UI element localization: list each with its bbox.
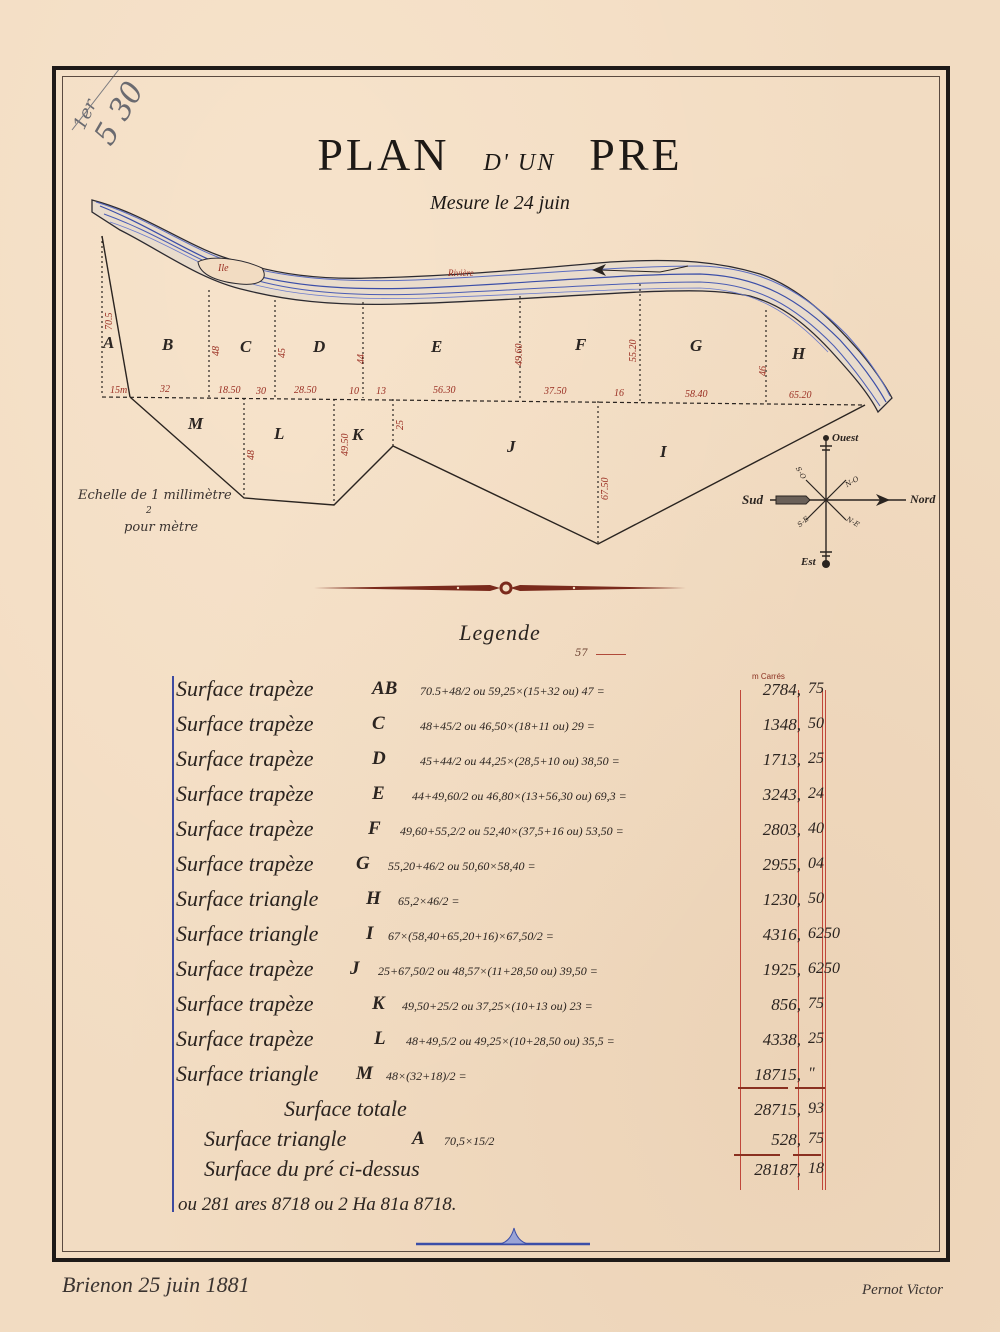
legend-row: Surface trapèze C 48+45/2 ou 46,50×(18+1…: [176, 711, 856, 745]
row-letter: M: [356, 1063, 373, 1085]
dim-30: 30: [256, 386, 266, 397]
dim-offset-s-49-50: 49.50: [340, 434, 351, 457]
legend-row: Surface trapèze D 45+44/2 ou 44,25×(28,5…: [176, 746, 856, 780]
row-formula: 48+49,5/2 ou 49,25×(10+28,50 ou) 35,5 =: [406, 1034, 615, 1049]
row-label: Surface triangle: [176, 886, 318, 912]
legend-row: Surface triangle M 48×(32+18)/2 = 18715,…: [176, 1061, 856, 1095]
legend-row: Surface trapèze E 44+49,60/2 ou 46,80×(1…: [176, 781, 856, 815]
dim-offset-45: 45: [277, 348, 288, 358]
parcel-label-f: F: [575, 335, 586, 355]
row-value: 18715,: [739, 1065, 801, 1085]
row-value: 1348,: [739, 715, 801, 735]
dim-56-30: 56.30: [433, 385, 456, 396]
subtotal-rule-2: [795, 1087, 825, 1089]
row-decimal: 24: [808, 785, 850, 803]
legend-row: Surface trapèze G 55,20+46/2 ou 50,60×58…: [176, 851, 856, 885]
row-label: Surface trapèze: [176, 1026, 313, 1052]
legend-margin-line: [172, 676, 174, 1212]
parcel-label-m: M: [188, 414, 203, 434]
baseline: [102, 397, 865, 405]
place-date: Brienon 25 juin 1881: [62, 1272, 250, 1298]
bottom-ornament: [414, 1222, 594, 1248]
row-letter: H: [366, 888, 381, 910]
scale-note-line1: Echelle de 1 millimètre: [78, 488, 232, 503]
row-value: 1230,: [739, 890, 801, 910]
compass-nord: Nord: [910, 492, 935, 507]
row-formula: 49,60+55,2/2 ou 52,40×(37,5+16 ou) 53,50…: [400, 824, 624, 839]
row-formula: 45+44/2 ou 44,25×(28,5+10 ou) 38,50 =: [420, 754, 620, 769]
row-letter: J: [350, 958, 360, 980]
total-row: Surface totale 28715, 93: [176, 1096, 856, 1130]
dim-37-50: 37.50: [544, 386, 567, 397]
row-decimal: 25: [808, 750, 850, 768]
row-letter: E: [372, 783, 385, 805]
row-formula: 55,20+46/2 ou 50,60×58,40 =: [388, 859, 536, 874]
row-label: Surface trapèze: [176, 711, 313, 737]
final-value: 28187,: [739, 1160, 801, 1180]
row-formula: 25+67,50/2 ou 48,57×(11+28,50 ou) 39,50 …: [378, 964, 598, 979]
row-label: Surface trapèze: [176, 816, 313, 842]
row-letter: AB: [372, 678, 397, 700]
row-formula: 67×(58,40+65,20+16)×67,50/2 =: [388, 929, 554, 944]
dim-offset-s-25: 25: [395, 420, 406, 430]
legend-note: 57: [575, 648, 588, 659]
row-label: Surface trapèze: [176, 746, 313, 772]
total-decimal: 93: [808, 1100, 850, 1118]
dim-offset-48: 48: [211, 346, 222, 356]
river: [92, 200, 892, 412]
parcel-label-c: C: [240, 337, 251, 357]
row-letter: K: [372, 993, 385, 1015]
row-value: 4316,: [739, 925, 801, 945]
dim-32: 32: [160, 384, 170, 395]
row-decimal: 04: [808, 855, 850, 873]
row-value: 4338,: [739, 1030, 801, 1050]
total-label: Surface totale: [284, 1096, 407, 1122]
legend-row: Surface trapèze J 25+67,50/2 ou 48,57×(1…: [176, 956, 856, 990]
row-value: 1713,: [739, 750, 801, 770]
row-letter: C: [372, 713, 385, 735]
row-decimal: 40: [808, 820, 850, 838]
legend-row: Surface trapèze L 48+49,5/2 ou 49,25×(10…: [176, 1026, 856, 1060]
dim-offset-46: 46: [758, 366, 769, 376]
legend-row: Surface trapèze AB 70.5+48/2 ou 59,25×(1…: [176, 676, 856, 710]
parcel-label-a: A: [103, 333, 114, 353]
row-letter: G: [356, 853, 370, 875]
row-letter: D: [372, 748, 386, 770]
row-value: 2955,: [739, 855, 801, 875]
compass-sud: Sud: [742, 492, 763, 508]
dim-10: 10: [349, 386, 359, 397]
dim-16: 16: [614, 388, 624, 399]
south-parcel-dividers: [244, 398, 598, 544]
row-label: Surface triangle: [176, 921, 318, 947]
row-formula: 44+49,60/2 ou 46,80×(13+56,30 ou) 69,3 =: [412, 789, 627, 804]
triangle-a-value: 528,: [739, 1130, 801, 1150]
compass-ouest: Ouest: [832, 432, 858, 444]
dim-13: 13: [376, 386, 386, 397]
legend-row: Surface triangle I 67×(58,40+65,20+16)×6…: [176, 921, 856, 955]
dim-offset-s-67-50: 67.50: [600, 478, 611, 501]
dim-offset-49-60: 49.60: [514, 344, 525, 367]
triangle-a-formula: 70,5×15/2: [444, 1134, 494, 1149]
compass-est: Est: [801, 556, 816, 568]
scale-note-line2: pour mètre: [124, 520, 198, 535]
row-formula: 48+45/2 ou 46,50×(18+11 ou) 29 =: [420, 719, 595, 734]
parcel-label-i: I: [660, 442, 667, 462]
row-label: Surface trapèze: [176, 781, 313, 807]
island-label: Ile: [218, 263, 229, 274]
legend-note-line: [596, 654, 626, 655]
row-label: Surface trapèze: [176, 956, 313, 982]
row-decimal: ": [808, 1065, 850, 1083]
parcel-label-g: G: [690, 336, 702, 356]
row-label: Surface trapèze: [176, 851, 313, 877]
parcel-label-j: J: [507, 437, 516, 457]
triangle-a-letter: A: [412, 1128, 425, 1150]
row-decimal: 25: [808, 1030, 850, 1048]
dim-offset-44: 44: [356, 354, 367, 364]
subtotal-rule-1: [738, 1087, 788, 1089]
dim-offset-55-20: 55.20: [628, 340, 639, 363]
row-letter: I: [366, 923, 373, 945]
parcel-label-h: H: [792, 344, 805, 364]
row-decimal: 6250: [808, 960, 850, 978]
row-letter: L: [374, 1028, 386, 1050]
dim-58-40: 58.40: [685, 389, 708, 400]
parcel-label-b: B: [162, 335, 173, 355]
ornamental-divider: [310, 578, 690, 600]
parcel-label-l: L: [274, 424, 284, 444]
row-label: Surface triangle: [176, 1061, 318, 1087]
signature: Pernot Victor: [862, 1282, 943, 1299]
row-value: 1925,: [739, 960, 801, 980]
row-decimal: 6250: [808, 925, 850, 943]
total-value: 28715,: [739, 1100, 801, 1120]
dim-18-50: 18.50: [218, 385, 241, 396]
scale-note-fraction: 2: [146, 506, 152, 516]
legend-row: Surface triangle H 65,2×46/2 = 1230, 50: [176, 886, 856, 920]
parcel-label-k: K: [352, 425, 363, 445]
row-letter: F: [368, 818, 381, 840]
summary-text: ou 281 ares 8718 ou 2 Ha 81a 8718.: [178, 1194, 457, 1216]
row-decimal: 50: [808, 715, 850, 733]
row-value: 856,: [739, 995, 801, 1015]
row-decimal: 50: [808, 890, 850, 908]
row-value: 2803,: [739, 820, 801, 840]
triangle-a-decimal: 75: [808, 1130, 850, 1148]
row-label: Surface trapèze: [176, 991, 313, 1017]
parcel-label-e: E: [431, 337, 442, 357]
dim-offset-s-48: 48: [246, 450, 257, 460]
row-decimal: 75: [808, 680, 850, 698]
row-formula: 65,2×46/2 =: [398, 894, 460, 909]
row-label: Surface trapèze: [176, 676, 313, 702]
river-label: Rivière: [448, 268, 474, 278]
final-row: Surface du pré ci-dessus 28187, 18: [176, 1156, 856, 1190]
dim-28-50: 28.50: [294, 385, 317, 396]
row-formula: 70.5+48/2 ou 59,25×(15+32 ou) 47 =: [420, 684, 605, 699]
row-formula: 48×(32+18)/2 =: [386, 1069, 467, 1084]
final-label: Surface du pré ci-dessus: [204, 1156, 420, 1182]
legend-row: Surface trapèze K 49,50+25/2 ou 37,25×(1…: [176, 991, 856, 1025]
dim-15m: 15m: [110, 385, 127, 396]
row-value: 2784,: [739, 680, 801, 700]
legend-row: Surface trapèze F 49,60+55,2/2 ou 52,40×…: [176, 816, 856, 850]
final-decimal: 18: [808, 1160, 850, 1178]
row-decimal: 75: [808, 995, 850, 1013]
parcel-label-d: D: [313, 337, 325, 357]
row-formula: 49,50+25/2 ou 37,25×(10+13 ou) 23 =: [402, 999, 593, 1014]
legend-title: Legende: [0, 620, 1000, 646]
dim-65-20: 65.20: [789, 390, 812, 401]
dim-offset-70-5: 70.5: [104, 313, 115, 331]
triangle-a-label: Surface triangle: [204, 1126, 346, 1152]
row-value: 3243,: [739, 785, 801, 805]
